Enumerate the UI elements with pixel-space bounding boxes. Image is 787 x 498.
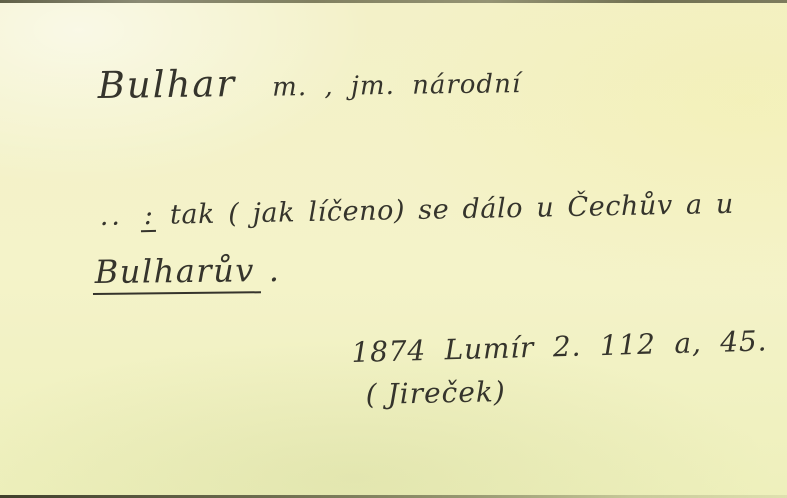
grammar-note: m. , jm. národní [272, 69, 521, 102]
quote-underlined-word: Bulharův [93, 253, 261, 295]
headword-repeat-marker: .. [99, 201, 123, 232]
citation-excerptor: ( Jireček) [365, 375, 506, 411]
quote-line-2: Bulharův. [93, 251, 280, 295]
scan-edge-top [0, 0, 787, 3]
headword: Bulhar [97, 62, 236, 107]
citation-source: 1874 Lumír 2. 112 a, 45. [351, 324, 768, 369]
quote-period: . [269, 251, 280, 289]
quote-text: tak ( jak líčeno) se dálo u Čechův a u [170, 189, 735, 231]
index-card: Bulhar m. , jm. národní .. : tak ( jak l… [0, 0, 787, 498]
quote-line: .. : tak ( jak líčeno) se dálo u Čechův … [99, 189, 734, 233]
headword-line: Bulhar m. , jm. národní [97, 58, 521, 107]
quote-colon: : [141, 202, 157, 232]
